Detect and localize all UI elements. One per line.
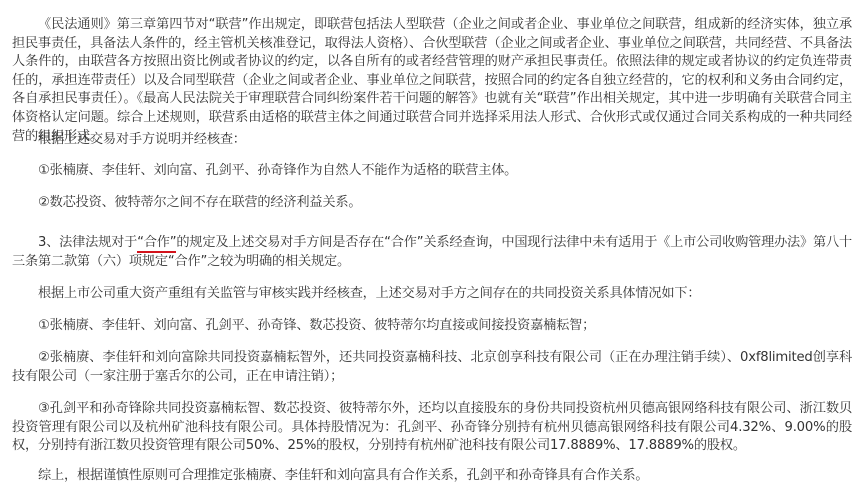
paragraph-conclusion: 综上，根据谨慎性原则可合理推定张楠赓、李佳轩和刘向富具有合作关系，孔剑平和孙奇锋… — [12, 467, 852, 486]
paragraph-cooperation-prefix: 3、法律法规对于 — [38, 235, 137, 250]
paragraph-lianying-definition: 《民法通则》第三章第四节对“联营”作出规定，即联营包括法人型联营（企业之间或者企… — [12, 16, 852, 146]
paragraph-item-natural-persons: ①张楠赓、李佳轩、刘向富、孔剑平、孙奇锋作为自然人不能作为适格的联营主体。 — [12, 162, 852, 181]
paragraph-verification-intro: 根据上述交易对手方说明并经核查： — [12, 131, 852, 150]
document-body: 《民法通则》第三章第四节对“联营”作出规定，即联营包括法人型联营（企业之间或者企… — [0, 0, 864, 493]
paragraph-item-kong-sun: ③孔剑平和孙奇锋除共同投资嘉楠耘智、数芯投资、彼特蒂尔外，还均以直接股东的身份共… — [12, 400, 852, 456]
highlighted-term-cooperation: “合作” — [137, 235, 176, 250]
paragraph-item-all-invest-jianan: ①张楠赓、李佳轩、刘向富、孔剑平、孙奇锋、数芯投资、彼特蒂尔均直接或间接投资嘉楠… — [12, 317, 852, 336]
paragraph-item-no-economic-interest: ②数芯投资、彼特蒂尔之间不存在联营的经济利益关系。 — [12, 194, 852, 213]
paragraph-cooperation-regulation: 3、法律法规对于“合作”的规定及上述交易对手方间是否存在“合作”关系经查询，中国… — [12, 234, 852, 271]
paragraph-item-zhang-li-liu: ②张楠赓、李佳轩和刘向富除共同投资嘉楠耘智外，还共同投资嘉楠科技、北京创享科技有… — [12, 349, 852, 386]
paragraph-joint-investment-intro: 根据上市公司重大资产重组有关监管与审核实践并经核查，上述交易对手方之间存在的共同… — [12, 285, 852, 304]
